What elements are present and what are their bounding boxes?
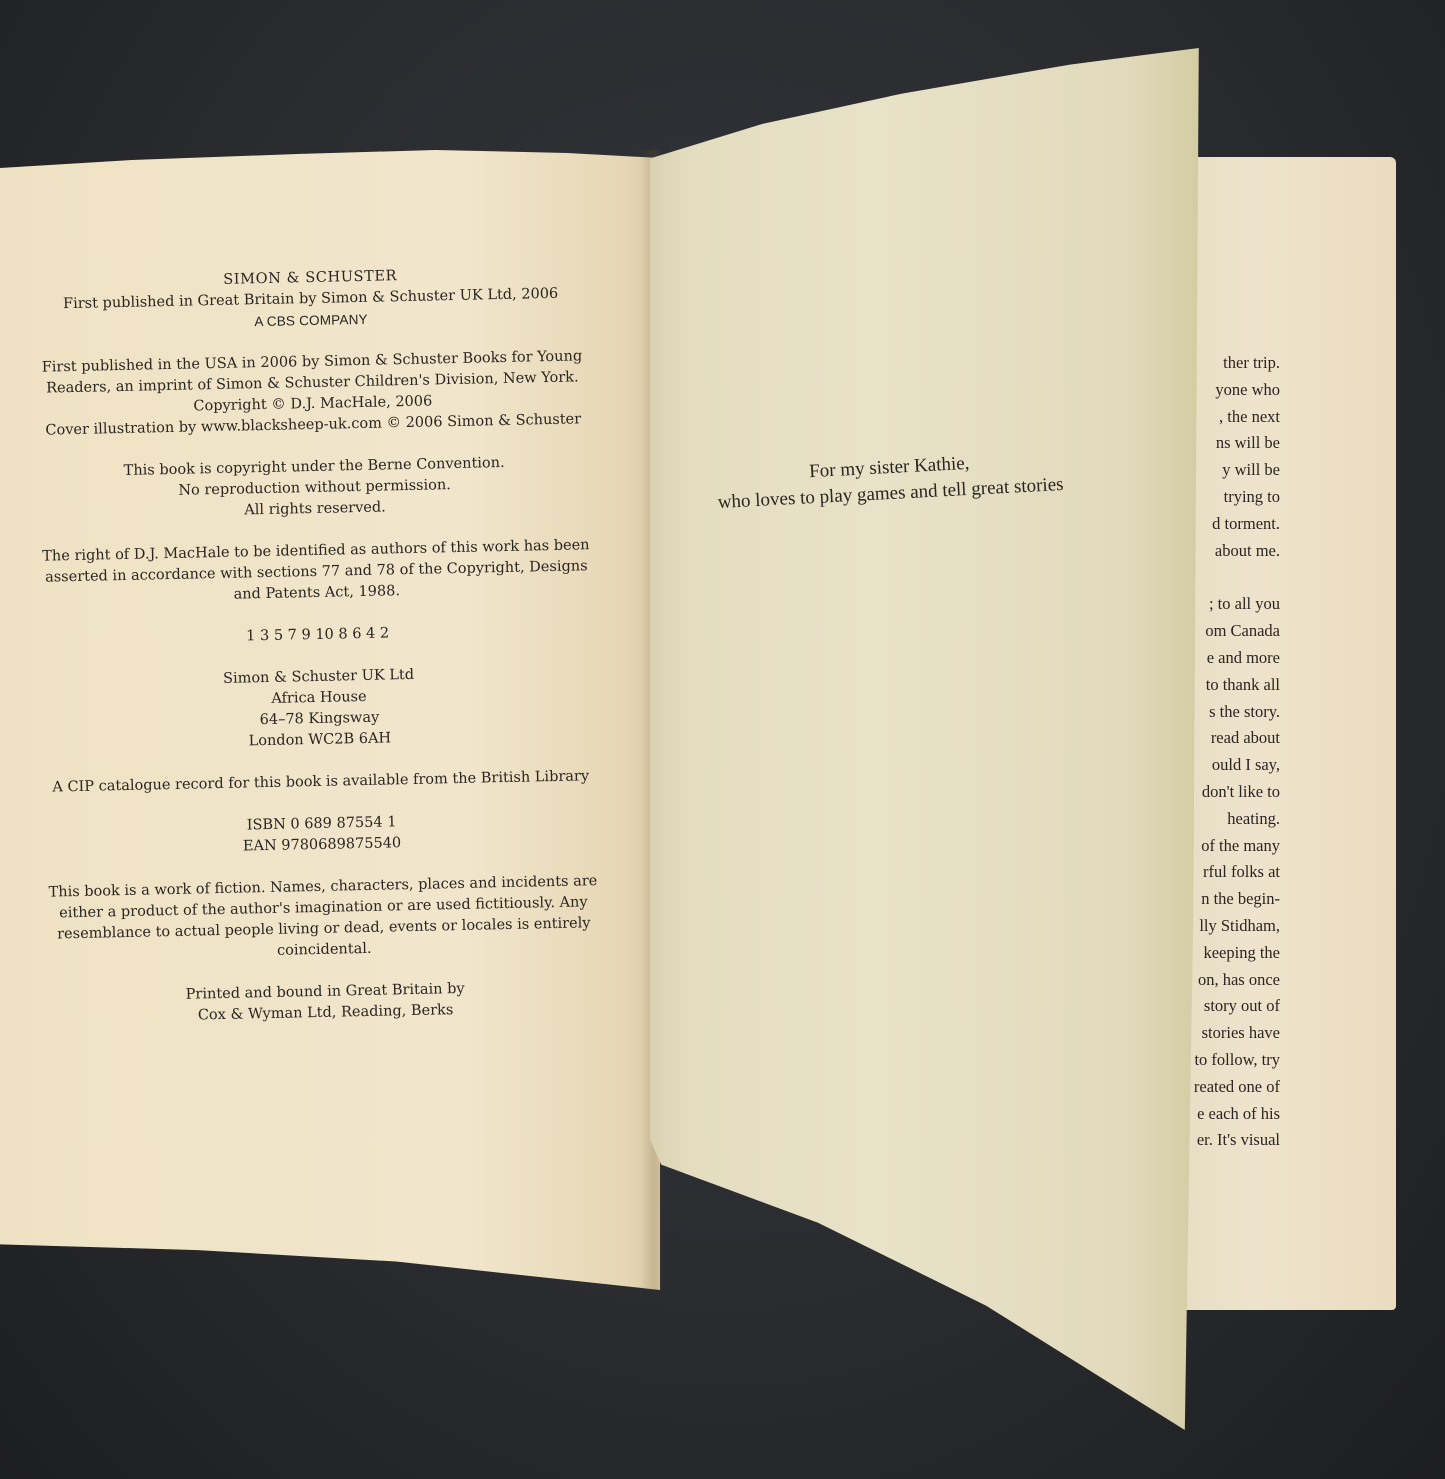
printing-number-line: 1 3 5 7 9 10 8 6 4 2	[38, 619, 598, 652]
fiction-disclaimer-block: This book is a work of fiction. Names, c…	[43, 871, 605, 967]
berne-convention-block: This book is copyright under the Berne C…	[34, 451, 595, 526]
copyright-text: SIMON & SCHUSTER First published in Grea…	[30, 262, 606, 1051]
moral-rights-block: The right of D.J. MacHale to be identifi…	[36, 535, 597, 610]
cip-block: A CIP catalogue record for this book is …	[41, 766, 601, 799]
printing-number-block: 1 3 5 7 9 10 8 6 4 2	[38, 619, 598, 652]
cip-line: A CIP catalogue record for this book is …	[41, 766, 601, 799]
usa-publication-block: First published in the USA in 2006 by Si…	[32, 346, 594, 442]
address-block: Simon & Schuster UK Ltd Africa House 64–…	[38, 661, 600, 757]
printer-block: Printed and bound in Great Britain by Co…	[45, 976, 606, 1030]
isbn-block: ISBN 0 689 87554 1 EAN 9780689875540	[41, 808, 602, 862]
publisher-block: SIMON & SCHUSTER First published in Grea…	[30, 262, 591, 337]
